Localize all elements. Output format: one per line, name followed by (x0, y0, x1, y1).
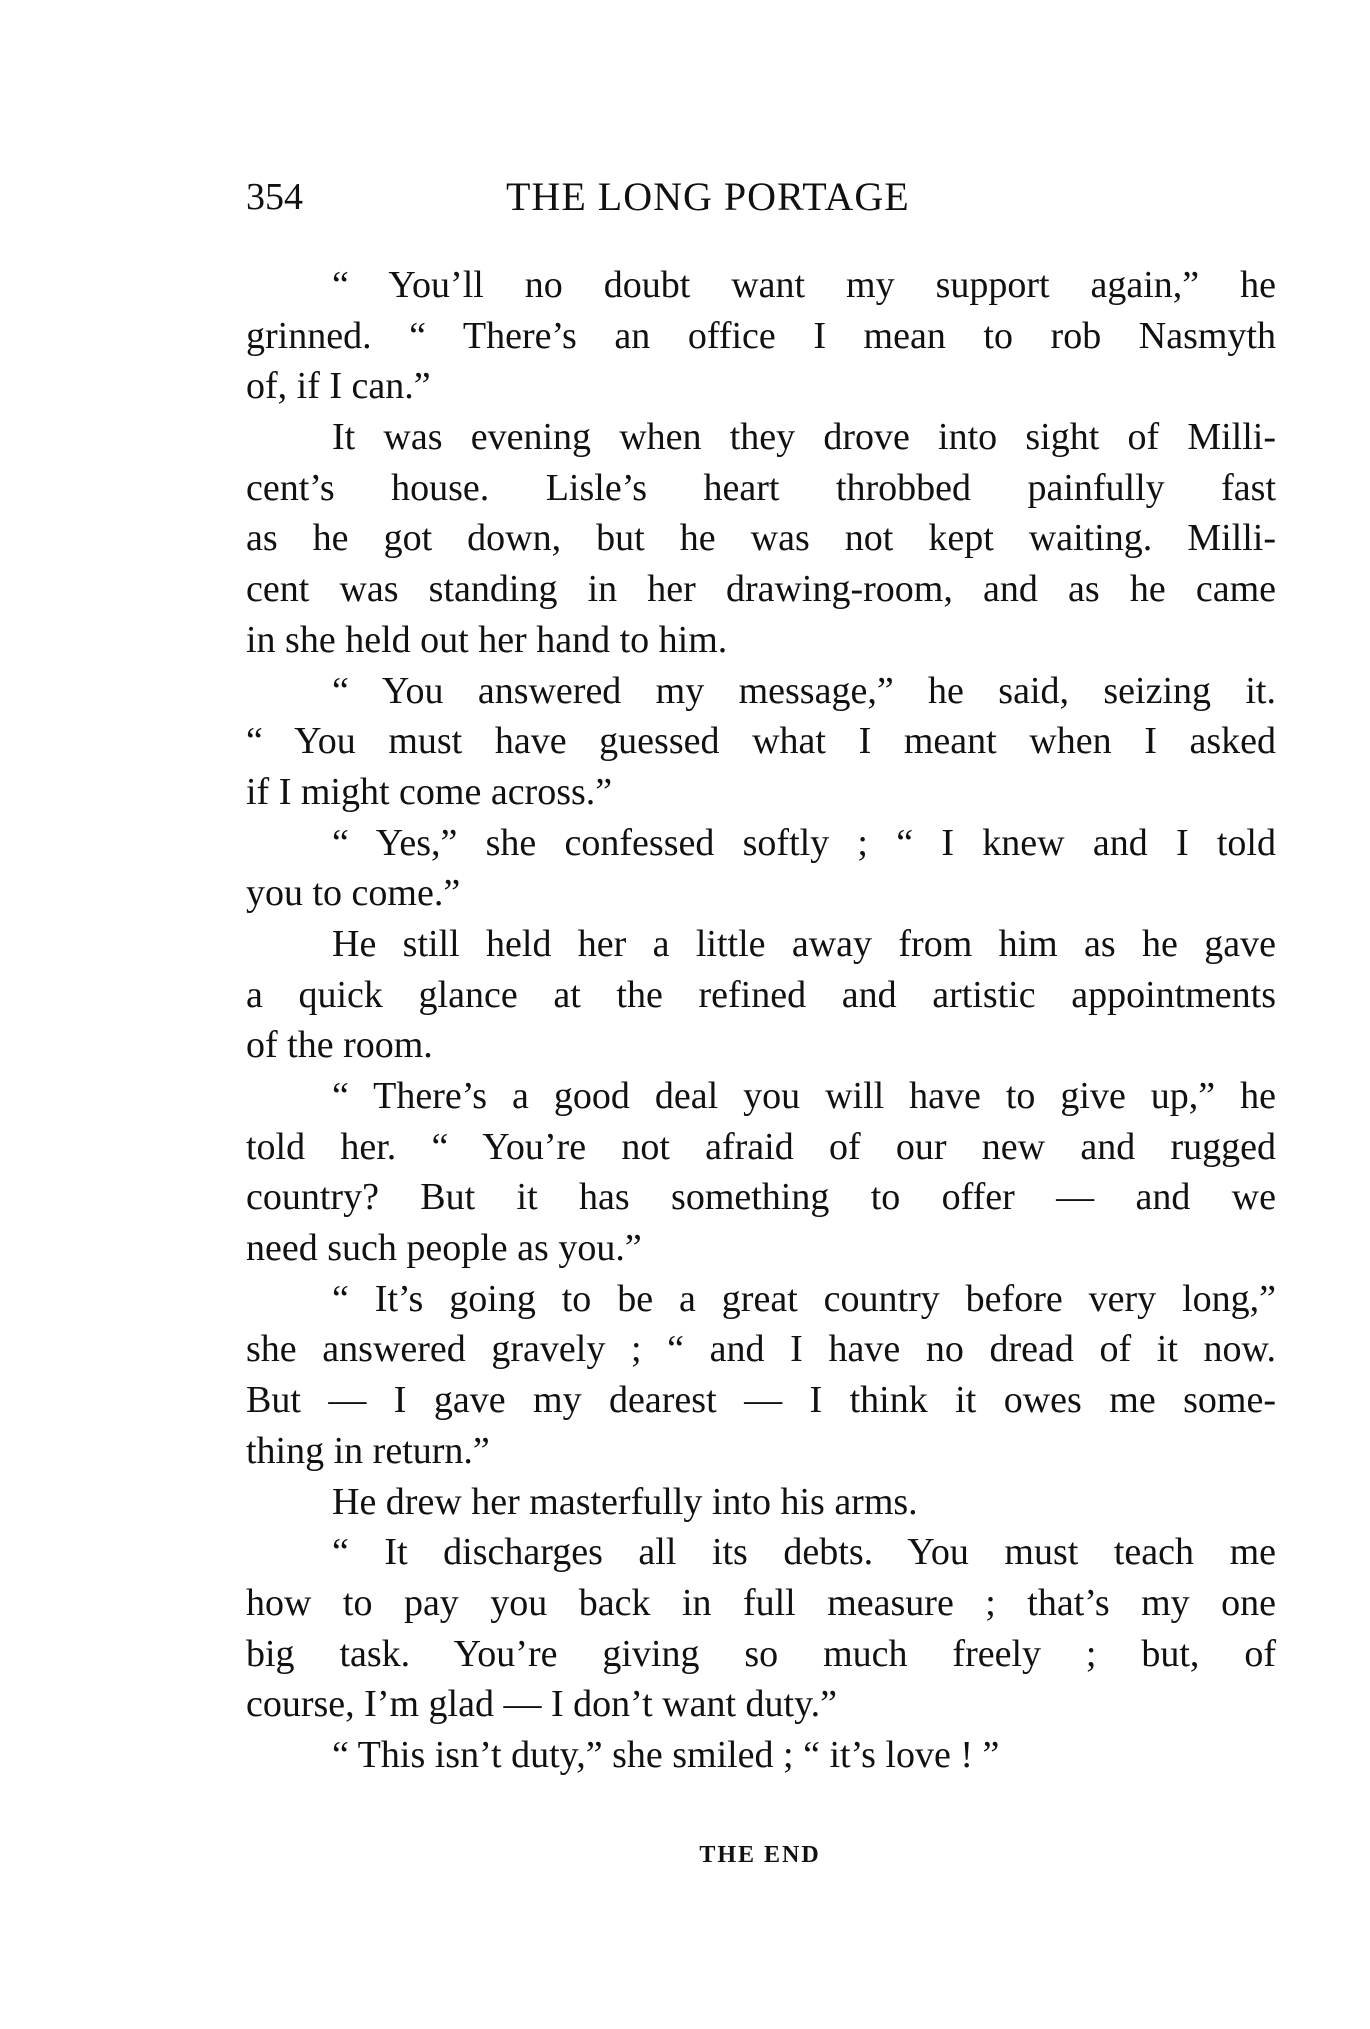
body-text: “ You’ll no doubt want my support again,… (246, 260, 1276, 1781)
text-line: “ It’s going to be a great country befor… (246, 1274, 1276, 1325)
text-line: how to pay you back in full measure ; th… (246, 1578, 1276, 1629)
text-line: as he got down, but he was not kept wait… (246, 513, 1276, 564)
text-line: “ There’s a good deal you will have to g… (246, 1071, 1276, 1122)
book-page: 354 THE LONG PORTAGE “ You’ll no doubt w… (0, 0, 1370, 2029)
text-line: grinned. “ There’s an office I mean to r… (246, 311, 1276, 362)
text-line: thing in return.” (246, 1426, 1276, 1477)
text-line: “ Yes,” she confessed softly ; “ I knew … (246, 818, 1276, 869)
text-line: cent’s house. Lisle’s heart throbbed pai… (246, 463, 1276, 514)
text-line: “ You must have guessed what I meant whe… (246, 716, 1276, 767)
text-line: in she held out her hand to him. (246, 615, 1276, 666)
text-line: if I might come across.” (246, 767, 1276, 818)
page-header: 354 THE LONG PORTAGE (246, 172, 1276, 222)
text-line: “ You’ll no doubt want my support again,… (246, 260, 1276, 311)
text-line: He drew her masterfully into his arms. (246, 1477, 1276, 1528)
text-line: need such people as you.” (246, 1223, 1276, 1274)
text-line: she answered gravely ; “ and I have no d… (246, 1324, 1276, 1375)
text-line: cent was standing in her drawing-room, a… (246, 564, 1276, 615)
page-number: 354 (246, 172, 303, 222)
text-line: of, if I can.” (246, 361, 1276, 412)
text-line: It was evening when they drove into sigh… (246, 412, 1276, 463)
the-end-label: THE END (0, 1842, 1370, 1869)
text-line: a quick glance at the refined and artist… (246, 970, 1276, 1021)
text-line: “ It discharges all its debts. You must … (246, 1527, 1276, 1578)
text-line: of the room. (246, 1020, 1276, 1071)
text-line: “ You answered my message,” he said, sei… (246, 666, 1276, 717)
text-line: But — I gave my dearest — I think it owe… (246, 1375, 1276, 1426)
text-line: course, I’m glad — I don’t want duty.” (246, 1679, 1276, 1730)
text-line: told her. “ You’re not afraid of our new… (246, 1122, 1276, 1173)
text-line: He still held her a little away from him… (246, 919, 1276, 970)
text-line: you to come.” (246, 868, 1276, 919)
text-line: “ This isn’t duty,” she smiled ; “ it’s … (246, 1730, 1276, 1781)
text-line: country? But it has something to offer —… (246, 1172, 1276, 1223)
running-title: THE LONG PORTAGE (506, 172, 910, 222)
text-line: big task. You’re giving so much freely ;… (246, 1629, 1276, 1680)
